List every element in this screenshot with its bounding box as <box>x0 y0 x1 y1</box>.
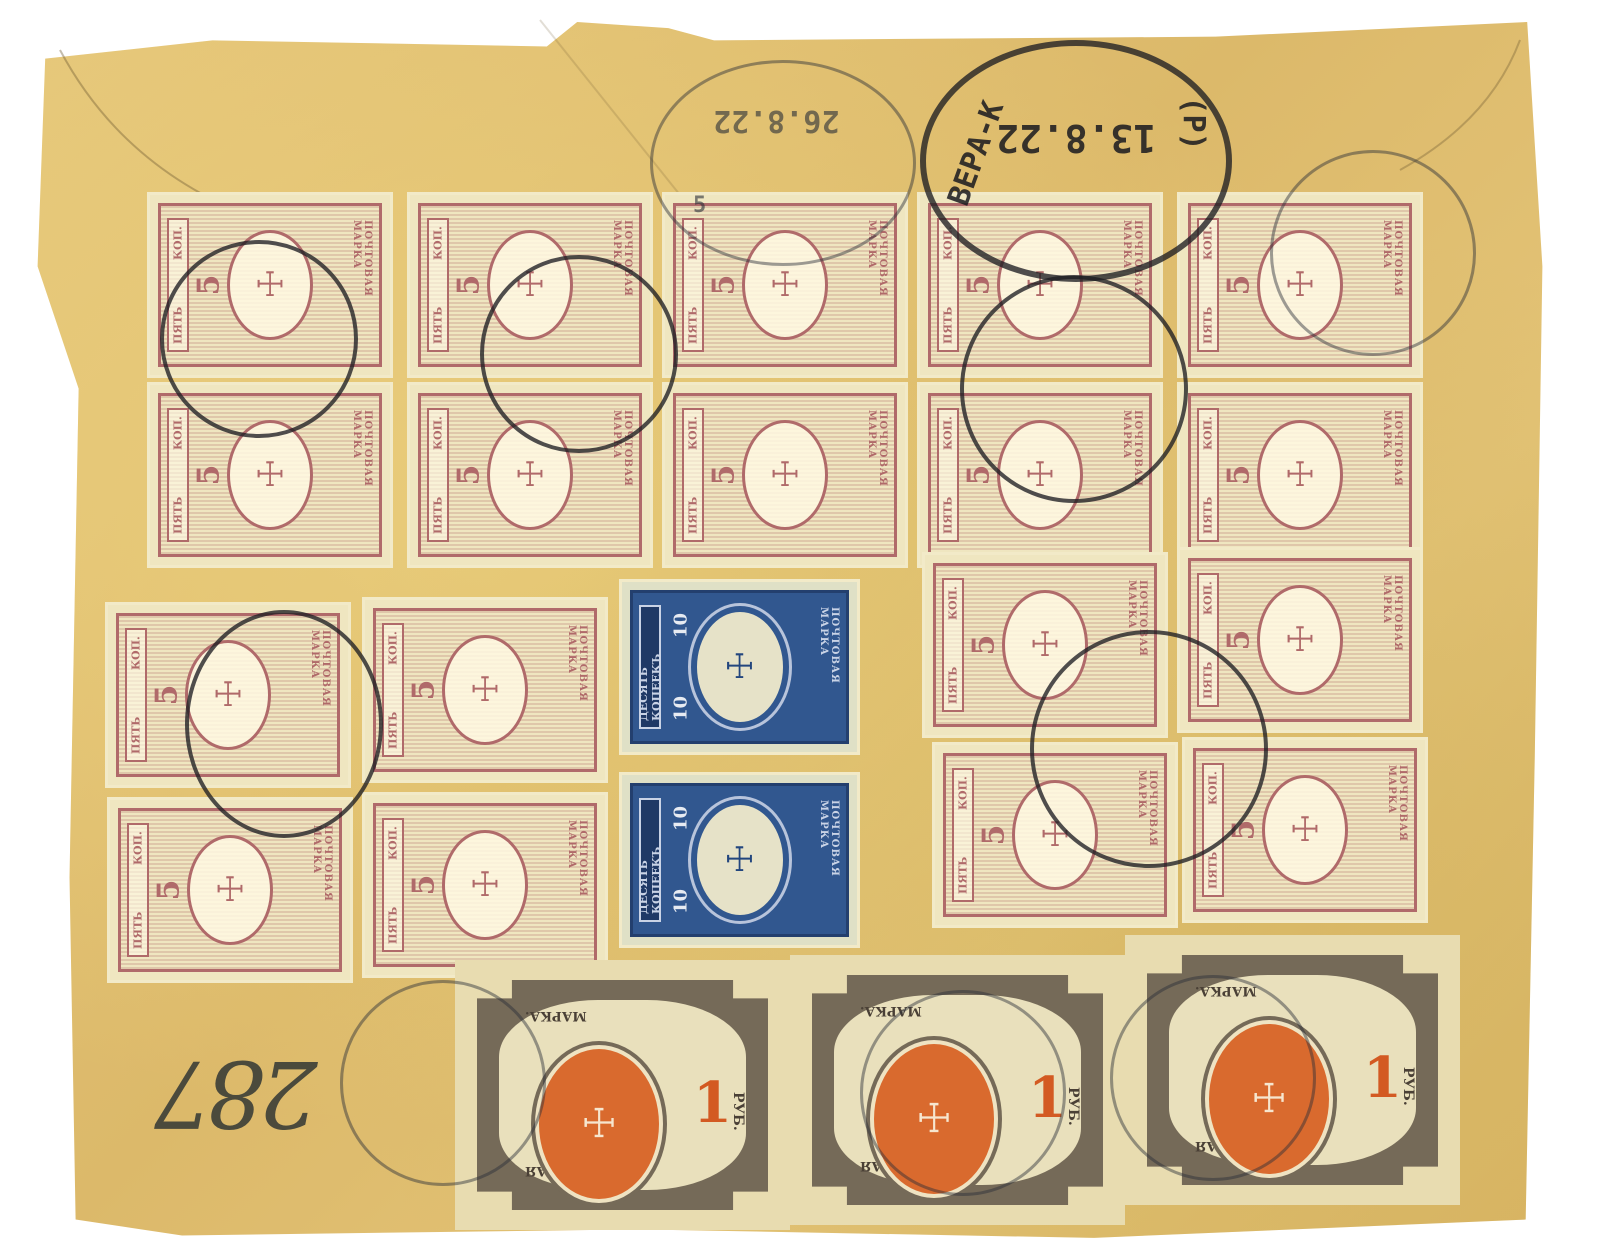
stamp-word-top: ПЯТЬ <box>387 907 400 944</box>
stamp-denomination: 5 <box>962 265 997 305</box>
stamp-side-label: ПЯТЬКОП. <box>382 623 404 757</box>
stamp-word-top: ПЯТЬ <box>687 497 700 534</box>
postmark-circle-lower-right <box>1110 975 1316 1181</box>
stamp-side-label: ПЯТЬКОП. <box>427 408 449 542</box>
stamp-side-label: ДЕСЯТЬ КОПЕЕКЪ <box>639 798 661 922</box>
stamp-denomination: 5 <box>152 870 187 910</box>
stamp-inscription-top: МАРКА. <box>525 1008 587 1023</box>
eagle-emblem-icon: ☩ <box>1030 628 1060 662</box>
postmark-circle-lower-left <box>340 980 546 1186</box>
date-postmark-secondary: 26.8.22 5 <box>650 60 916 266</box>
handwritten-number: 287 <box>160 1040 318 1147</box>
stamp-inscription: ПОЧТОВАЯ МАРКА <box>820 800 838 920</box>
date-postmark-main-date: 13.8.22 <box>996 116 1156 160</box>
stamp-denomination-top: 10 <box>671 606 692 646</box>
stamp-word-top: ПЯТЬ <box>957 857 970 894</box>
stamp-word-bottom: КОП. <box>687 416 700 450</box>
stamp-denomination: 5 <box>407 670 442 710</box>
stamp-side-label: ПЯТЬКОП. <box>682 408 704 542</box>
eagle-emblem-icon: ☩ <box>255 458 285 492</box>
postmark-circle-top-right <box>1270 150 1476 356</box>
stamp-center-oval: ☩ <box>1262 775 1348 885</box>
eagle-emblem-icon: ☩ <box>581 1101 617 1147</box>
stamp-word-top: ПЯТЬ <box>1207 852 1220 889</box>
stamp-word-bottom: КОП. <box>387 826 400 860</box>
stamp-word-top: ПЯТЬ <box>942 307 955 344</box>
stamp-frame: ДЕСЯТЬ КОПЕЕКЪ1010☩ПОЧТОВАЯ МАРКА <box>630 590 849 744</box>
stamp-inscription: ПОЧТОВАЯ МАРКА <box>1383 575 1401 705</box>
stamp-side-label: ПЯТЬКОП. <box>1197 408 1219 542</box>
stamp-denomination-bottom: 10 <box>671 882 692 922</box>
eagle-emblem-icon: ☩ <box>770 458 800 492</box>
stamp-word-bottom: КОП. <box>130 636 143 670</box>
eagle-emblem-icon: ☩ <box>1285 458 1315 492</box>
stamp-denomination-bottom: 10 <box>671 689 692 729</box>
stamp-center-oval: ☩ <box>535 1045 663 1203</box>
stamp-side-label: ПЯТЬКОП. <box>1197 218 1219 352</box>
stamp-word-bottom: КОП. <box>432 416 445 450</box>
stamp-center-oval: ☩ <box>1257 585 1343 695</box>
stamp-side-label: ПЯТЬКОП. <box>382 818 404 952</box>
stamp-center-oval: ☩ <box>697 612 783 722</box>
postmark-circle-right-block <box>1030 630 1268 868</box>
stamp-inscription: ПОЧТОВАЯ МАРКА <box>868 410 886 540</box>
stamp-inscription: ПОЧТОВАЯ МАРКА <box>313 825 331 955</box>
eagle-emblem-icon: ☩ <box>1285 623 1315 657</box>
stamp-center-oval: ☩ <box>187 835 273 945</box>
five-kopek-stamp: ПЯТЬКОП.5☩ПОЧТОВАЯ МАРКА <box>365 795 605 975</box>
stamp-side-label: ПЯТЬКОП. <box>942 578 964 712</box>
stamp-inscription: ПОЧТОВАЯ МАРКА <box>820 607 838 727</box>
stamp-frame: ДЕСЯТЬ КОПЕЕКЪ1010☩ПОЧТОВАЯ МАРКА <box>630 783 849 937</box>
stamp-word-top: ПЯТЬ <box>1202 497 1215 534</box>
stamp-side-label: ПЯТЬКОП. <box>937 408 959 542</box>
eagle-emblem-icon: ☩ <box>1290 813 1320 847</box>
stamp-word-bottom: КОП. <box>1202 416 1215 450</box>
stamp-word-top: ПЯТЬ <box>432 307 445 344</box>
postmark-circle-upper-left <box>160 240 358 438</box>
stamp-denomination: 5 <box>977 815 1012 855</box>
date-postmark-main: 13.8.22 (P) ВЕРА-К <box>920 40 1232 282</box>
stamp-side-label: ПЯТЬКОП. <box>127 823 149 957</box>
stamp-word-bottom: КОП. <box>132 831 145 865</box>
stamp-denomination: 5 <box>707 265 742 305</box>
date-postmark-secondary-fragment: 5 <box>693 193 706 218</box>
stamp-denomination: 5 <box>452 265 487 305</box>
stamp-word-bottom: КОП. <box>942 416 955 450</box>
stamp-denomination: 5 <box>407 865 442 905</box>
stamp-frame: ПЯТЬКОП.5☩ПОЧТОВАЯ МАРКА <box>1188 393 1412 557</box>
stamp-word-bottom: КОП. <box>172 226 185 260</box>
stamp-center-oval: ☩ <box>1257 420 1343 530</box>
stamp-word-top: ПЯТЬ <box>1202 307 1215 344</box>
stamp-word-bottom: КОП. <box>957 776 970 810</box>
stamp-denomination: 5 <box>1222 620 1257 660</box>
eagle-emblem-icon: ☩ <box>724 843 754 877</box>
stamp-word-bottom: КОП. <box>1202 226 1215 260</box>
stamp-side-label: ПЯТЬКОП. <box>952 768 974 902</box>
stamp-word-bottom: КОП. <box>1202 581 1215 615</box>
ten-kopek-stamp: ДЕСЯТЬ КОПЕЕКЪ1010☩ПОЧТОВАЯ МАРКА <box>622 775 857 945</box>
postmark-circle-left-block <box>185 610 383 838</box>
eagle-emblem-icon: ☩ <box>770 268 800 302</box>
stamp-center-oval: ☩ <box>742 420 828 530</box>
stamp-denomination: 1 <box>693 1070 732 1136</box>
five-kopek-stamp: ПЯТЬКОП.5☩ПОЧТОВАЯ МАРКА <box>665 385 905 565</box>
stamp-inscription: ПОЧТОВАЯ МАРКА <box>568 625 586 755</box>
stamp-denomination: 5 <box>707 455 742 495</box>
stamp-center-oval: ☩ <box>442 635 528 745</box>
stamp-unit: РУБ. <box>1400 1067 1416 1106</box>
stamp-denomination: 5 <box>150 675 185 715</box>
date-postmark-main-prefix: (P) <box>1175 96 1210 150</box>
stamp-side-label: ПЯТЬКОП. <box>125 628 147 762</box>
postmark-circle-lower-mid <box>860 990 1066 1196</box>
stamp-word-bottom: КОП. <box>432 226 445 260</box>
stamp-denomination: 5 <box>452 455 487 495</box>
stamp-word-top: ПЯТЬ <box>942 497 955 534</box>
ten-kopek-stamp: ДЕСЯТЬ КОПЕЕКЪ1010☩ПОЧТОВАЯ МАРКА <box>622 582 857 752</box>
stamp-inscription: ПОЧТОВАЯ МАРКА <box>353 410 371 540</box>
stamp-denomination: 5 <box>1222 265 1257 305</box>
stamp-word-top: ПЯТЬ <box>432 497 445 534</box>
stamp-unit: РУБ. <box>730 1092 746 1131</box>
stamp-denomination: 1 <box>1363 1045 1402 1111</box>
stamp-denomination: 5 <box>1222 455 1257 495</box>
postmark-circle-mid-right <box>960 275 1188 503</box>
stamp-word-top: ПЯТЬ <box>130 717 143 754</box>
stamp-denomination-top: 10 <box>671 799 692 839</box>
stamp-word-bottom: КОП. <box>387 631 400 665</box>
stamp-inscription: ПОЧТОВАЯ МАРКА <box>1383 410 1401 540</box>
stamp-word-top: ПЯТЬ <box>947 667 960 704</box>
date-postmark-secondary-date: 26.8.22 <box>713 103 839 138</box>
stamp-word-bottom: КОП. <box>172 416 185 450</box>
postmark-circle-upper-mid <box>480 255 678 453</box>
stamp-side-label: ДЕСЯТЬ КОПЕЕКЪ <box>639 605 661 729</box>
stamp-word-top: ПЯТЬ <box>132 912 145 949</box>
stamp-frame: ПЯТЬКОП.5☩ПОЧТОВАЯ МАРКА <box>673 393 897 557</box>
stamp-side-label: ПЯТЬКОП. <box>167 408 189 542</box>
stamp-word-top: ПЯТЬ <box>172 497 185 534</box>
eagle-emblem-icon: ☩ <box>470 868 500 902</box>
stamp-denomination: 5 <box>192 455 227 495</box>
five-kopek-stamp: ПЯТЬКОП.5☩ПОЧТОВАЯ МАРКА <box>365 600 605 780</box>
stamp-frame: ПЯТЬКОП.5☩ПОЧТОВАЯ МАРКА <box>373 608 597 772</box>
stamp-center-oval: ☩ <box>697 805 783 915</box>
stamp-word-bottom: КОП. <box>947 586 960 620</box>
eagle-emblem-icon: ☩ <box>470 673 500 707</box>
stamp-frame: ПЯТЬКОП.5☩ПОЧТОВАЯ МАРКА <box>373 803 597 967</box>
eagle-emblem-icon: ☩ <box>724 650 754 684</box>
eagle-emblem-icon: ☩ <box>215 873 245 907</box>
stamp-side-label: ПЯТЬКОП. <box>427 218 449 352</box>
stamp-word-top: ПЯТЬ <box>687 307 700 344</box>
five-kopek-stamp: ПЯТЬКОП.5☩ПОЧТОВАЯ МАРКА <box>1180 385 1420 565</box>
stamp-inscription: ПОЧТОВАЯ МАРКА <box>1388 765 1406 895</box>
stamp-inscription: ПОЧТОВАЯ МАРКА <box>568 820 586 950</box>
stamp-center-oval: ☩ <box>442 830 528 940</box>
eagle-emblem-icon: ☩ <box>515 458 545 492</box>
stamp-unit: РУБ. <box>1065 1087 1081 1126</box>
stamp-word-top: ПЯТЬ <box>387 712 400 749</box>
stamp-denomination: 5 <box>967 625 1002 665</box>
